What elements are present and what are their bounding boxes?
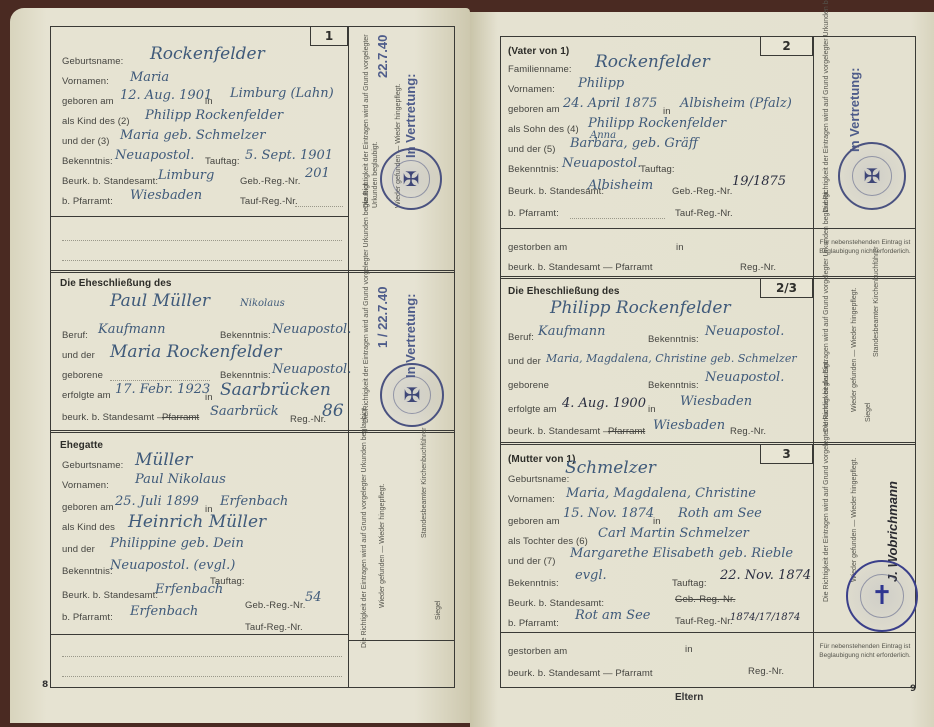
box2-side-stamp: In Vertretung: — [850, 67, 859, 152]
box3-value-7: Rot am See — [575, 608, 650, 623]
marriage2-born-label: geborene — [508, 380, 549, 391]
box2-value-3: Philipp Rockenfelder — [588, 116, 726, 131]
cross-icon: ✝ — [871, 581, 893, 611]
marriage1-date-label: erfolgte am — [62, 390, 111, 401]
marriage2-occupation-label: Beruf: — [508, 332, 534, 343]
spouse-label-6: Beurk. b. Standesamt: — [62, 590, 158, 601]
box3-label-4: und der (7) — [508, 556, 556, 567]
box2-place: Albisheim (Pfalz) — [680, 96, 792, 111]
box1-value2-5: 5. Sept. 1901 — [245, 148, 333, 163]
marriage1-occupation: Kaufmann — [98, 322, 165, 337]
box2-value-1: Philipp — [578, 76, 624, 91]
box1-label-0: Geburtsname: — [62, 56, 123, 67]
marriage2-place: Wiesbaden — [680, 394, 752, 409]
spouse-label2-6: Geb.-Reg.-Nr. — [245, 600, 305, 611]
right-page-number: 9 — [910, 684, 916, 694]
box1-value-1: Maria — [130, 70, 169, 85]
box1-value2-6: 201 — [305, 166, 330, 181]
marriage1-religion: Neuapostol. — [272, 322, 351, 337]
box2-death-registry: beurk. b. Standesamt — Pfarramt — [508, 262, 653, 273]
marriage2-number: 2/3 — [760, 278, 813, 298]
box2-label-5: Bekenntnis: — [508, 164, 559, 175]
spouse-value-2: 25. Juli 1899 — [115, 494, 199, 509]
marriage2-bride: Maria, Magdalena, Christine geb. Schmelz… — [546, 352, 797, 365]
marriage2-registry-struck: Pfarramt — [608, 426, 645, 437]
box1-label-1: Vornamen: — [62, 76, 109, 87]
spouse-label-5: Bekenntnis: — [62, 566, 113, 577]
box3-label-0: Geburtsname: — [508, 474, 569, 485]
marriage1-bride: Maria Rockenfelder — [110, 342, 281, 362]
marriage2-registry: Wiesbaden — [653, 418, 725, 433]
box3-value-0: Schmelzer — [565, 458, 656, 478]
box2-label2-5: Tauftag: — [640, 164, 675, 175]
box2-label-7: b. Pfarramt: — [508, 208, 559, 219]
box3-value-1: Maria, Magdalena, Christine — [566, 486, 756, 501]
marriage1-date: 17. Febr. 1923 — [115, 382, 210, 397]
box3-value2-5: 22. Nov. 1874 — [720, 568, 811, 583]
box3-death-in: in — [685, 644, 693, 655]
box3-death-label: gestorben am — [508, 646, 567, 657]
marriage1-bride-label: und der — [62, 350, 95, 361]
spouse-label-7: b. Pfarramt: — [62, 612, 113, 623]
box1-label-2: geboren am — [62, 96, 114, 107]
marriage1-occupation-label: Beruf: — [62, 330, 88, 341]
box3-death-reg-no: Reg.-Nr. — [748, 666, 784, 677]
marriage1-side-date: 1 / 22.7.40 — [378, 287, 387, 348]
box3-value2-7: 1874/17/1874 — [730, 612, 800, 623]
marriage1-groom: Paul Müller — [110, 291, 210, 311]
marriage1-born-label: geborene — [62, 370, 103, 381]
marriage1-reg-no: 86 — [322, 401, 344, 421]
box2-label2-6: Geb.-Reg.-Nr. — [672, 186, 732, 197]
box3-label2-6: Geb.-Reg.-Nr. — [675, 594, 735, 605]
spouse-label-3: als Kind des — [62, 522, 115, 533]
marriage2-registry-label: beurk. b. Standesamt — — [508, 426, 613, 437]
box1-official-seal: ✠ — [380, 148, 442, 210]
marriage2-religion: Neuapostol. — [705, 324, 784, 339]
box2-label-2: geboren am — [508, 104, 560, 115]
marriage2-in-label: in — [648, 404, 656, 415]
box3-label-1: Vornamen: — [508, 494, 555, 505]
marriage1-official-seal: ✠ — [380, 363, 444, 427]
marriage2-bride-religion: Neuapostol. — [705, 370, 784, 385]
box1-side-stamp: In Vertretung: — [406, 73, 415, 158]
eagle-icon: ✠ — [403, 167, 420, 191]
box3-value-4: Margarethe Elisabeth geb. Rieble — [570, 546, 793, 561]
marriage1-religion-label: Bekenntnis: — [220, 330, 271, 341]
box1-value-6: Limburg — [158, 168, 214, 183]
box3-label2-5: Tauftag: — [672, 578, 707, 589]
box1-label-4: und der (3) — [62, 136, 110, 147]
box3-label-2: geboren am — [508, 516, 560, 527]
box2-label-4: und der (5) — [508, 144, 556, 155]
box1-place: Limburg (Lahn) — [230, 86, 334, 101]
box3-value-3: Carl Martin Schmelzer — [598, 526, 749, 541]
spouse-value-0: Müller — [135, 450, 192, 470]
spouse-value-1: Paul Nikolaus — [135, 472, 226, 487]
marriage1-registry-struck: Pfarramt — [162, 412, 199, 423]
box2-death-label: gestorben am — [508, 242, 567, 253]
spouse-value2-6: 54 — [305, 590, 322, 605]
box1-label-3: als Kind des (2) — [62, 116, 130, 127]
marriage2-occupation: Kaufmann — [538, 324, 605, 339]
box2-value-6: Albisheim — [588, 178, 653, 193]
box3-label2-7: Tauf-Reg.-Nr. — [675, 616, 733, 627]
marriage2-bride-religion-label: Bekenntnis: — [648, 380, 699, 391]
marriage2-reg-no-label: Reg.-Nr. — [730, 426, 766, 437]
marriage1-title: Die Eheschließung des — [60, 278, 172, 289]
marriage1-bride-religion: Neuapostol. — [272, 362, 351, 377]
box1-label-5: Bekenntnis: — [62, 156, 113, 167]
marriage2-bride-label: und der — [508, 356, 541, 367]
marriage1-groom-extra: Nikolaus — [240, 298, 285, 309]
box2-value2-6: 19/1875 — [732, 174, 786, 189]
spouse-label-4: und der — [62, 544, 95, 555]
box3-value-2: 15. Nov. 1874 — [563, 506, 654, 521]
marriage1-reg-no-label: Reg.-Nr. — [290, 414, 326, 425]
box3-parish-seal: ✝ — [846, 560, 918, 632]
eagle-icon: ✠ — [864, 164, 881, 188]
box1-label-6: Beurk. b. Standesamt: — [62, 176, 158, 187]
box1-label-7: b. Pfarramt: — [62, 196, 113, 207]
spouse-value-7: Erfenbach — [130, 604, 198, 619]
spouse-value-6: Erfenbach — [155, 582, 223, 597]
box2-label2-7: Tauf-Reg.-Nr. — [675, 208, 733, 219]
footer-title: Eltern — [675, 692, 703, 703]
box1-label2-6: Geb.-Reg.-Nr. — [240, 176, 300, 187]
spouse-label-1: Vornamen: — [62, 480, 109, 491]
box3-place: Roth am See — [678, 506, 762, 521]
box2-number: 2 — [760, 36, 813, 56]
box2-label-3: als Sohn des (4) — [508, 124, 579, 135]
left-page-number: 8 — [42, 680, 48, 690]
box2-value-4: Barbara, geb. Gräff — [570, 136, 698, 151]
spouse-value-4: Philippine geb. Dein — [110, 536, 244, 551]
right-page: 2 (Vater von 1) Familienname: Rockenfeld… — [470, 12, 934, 727]
box1-side-date: 22.7.40 — [378, 35, 387, 78]
box1-in-label: in — [205, 96, 213, 107]
box2-note: Für nebenstehenden Eintrag ist Beglaubig… — [818, 238, 912, 256]
box2-death-in: in — [676, 242, 684, 253]
box1-value-0: Rockenfelder — [150, 44, 265, 64]
marriage2-date: 4. Aug. 1900 — [562, 396, 646, 411]
marriage2-title: Die Eheschließung des — [508, 286, 620, 297]
marriage1-registry: Saarbrück — [210, 404, 279, 419]
marriage2-groom: Philipp Rockenfelder — [550, 298, 731, 318]
box2-value-5: Neuapostol. — [562, 156, 641, 171]
box3-value-5: evgl. — [575, 568, 607, 583]
box1-value-3: Philipp Rockenfelder — [145, 108, 283, 123]
spouse-title: Ehegatte — [60, 440, 103, 451]
box1-label2-5: Tauftag: — [205, 156, 240, 167]
box1-value-7: Wiesbaden — [130, 188, 202, 203]
box1-value-4: Maria geb. Schmelzer — [120, 128, 265, 143]
marriage2-religion-label: Bekenntnis: — [648, 334, 699, 345]
spouse-label2-7: Tauf-Reg.-Nr. — [245, 622, 303, 633]
spouse-label-2: geboren am — [62, 502, 114, 513]
box2-death-reg-no: Reg.-Nr. — [740, 262, 776, 273]
box1-number: 1 — [310, 26, 348, 46]
box2-label-0: Familienname: — [508, 64, 572, 75]
spouse-value-5: Neuapostol. (evgl.) — [110, 558, 235, 573]
box3-number: 3 — [760, 444, 813, 464]
marriage1-place: Saarbrücken — [220, 380, 331, 400]
box3-death-registry: beurk. b. Standesamt — Pfarramt — [508, 668, 653, 679]
marriage1-in-label: in — [205, 392, 213, 403]
box1-value-5: Neuapostol. — [115, 148, 194, 163]
box2-official-seal: ✠ — [838, 142, 906, 210]
spouse-value-3: Heinrich Müller — [128, 512, 266, 532]
box2-title: (Vater von 1) — [508, 46, 569, 57]
box3-label-5: Bekenntnis: — [508, 578, 559, 589]
spouse-place: Erfenbach — [220, 494, 288, 509]
spouse-label-0: Geburtsname: — [62, 460, 123, 471]
left-page: 1 Geburtsname: Rockenfelder Vornamen: Ma… — [10, 8, 470, 723]
marriage1-registry-label: beurk. b. Standesamt — — [62, 412, 167, 423]
box3-label-7: b. Pfarramt: — [508, 618, 559, 629]
box2-value-2: 24. April 1875 — [563, 96, 657, 111]
eagle-icon: ✠ — [404, 383, 421, 407]
box2-value-0: Rockenfelder — [595, 52, 710, 72]
box3-note: Für nebenstehenden Eintrag ist Beglaubig… — [818, 642, 912, 660]
box1-label2-7: Tauf-Reg.-Nr. — [240, 196, 298, 207]
box1-value-2: 12. Aug. 1901 — [120, 88, 212, 103]
marriage2-date-label: erfolgte am — [508, 404, 557, 415]
box2-label-1: Vornamen: — [508, 84, 555, 95]
